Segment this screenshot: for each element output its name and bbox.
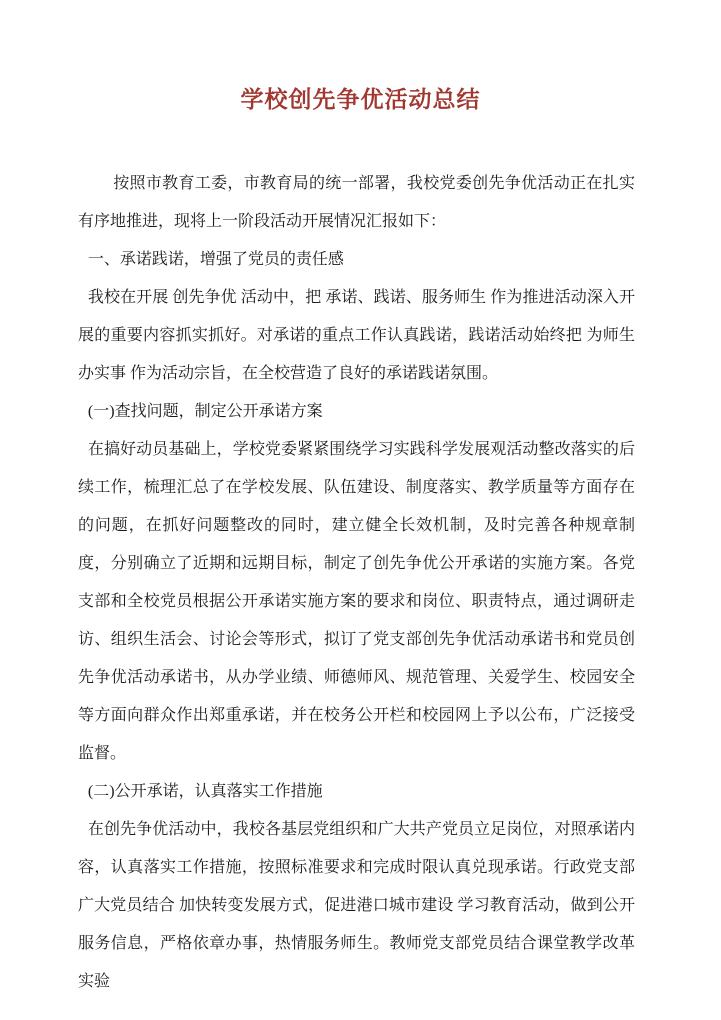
paragraph-subsection-1: 在搞好动员基础上，学校党委紧紧围绕学习实践科学发展观活动整改落实的后续工作，梳理… (78, 431, 635, 773)
document-page: 学校创先争优活动总结 按照市教育工委，市教育局的统一部署，我校党委创先争优活动正… (0, 0, 721, 1020)
heading-section-1: 一、承诺践诺，增强了党员的责任感 (78, 241, 635, 279)
heading-subsection-1: (一)查找问题，制定公开承诺方案 (78, 393, 635, 431)
document-title: 学校创先争优活动总结 (0, 0, 721, 115)
paragraph-subsection-2: 在创先争优活动中，我校各基层党组织和广大共产党员立足岗位，对照承诺内容，认真落实… (78, 811, 635, 1001)
heading-subsection-2: (二)公开承诺，认真落实工作措施 (78, 773, 635, 811)
paragraph-intro: 按照市教育工委，市教育局的统一部署，我校党委创先争优活动正在扎实有序地推进，现将… (78, 165, 635, 241)
document-body: 按照市教育工委，市教育局的统一部署，我校党委创先争优活动正在扎实有序地推进，现将… (0, 165, 721, 1001)
paragraph-section-1: 我校在开展 创先争优 活动中，把 承诺、践诺、服务师生 作为推进活动深入开展的重… (78, 279, 635, 393)
